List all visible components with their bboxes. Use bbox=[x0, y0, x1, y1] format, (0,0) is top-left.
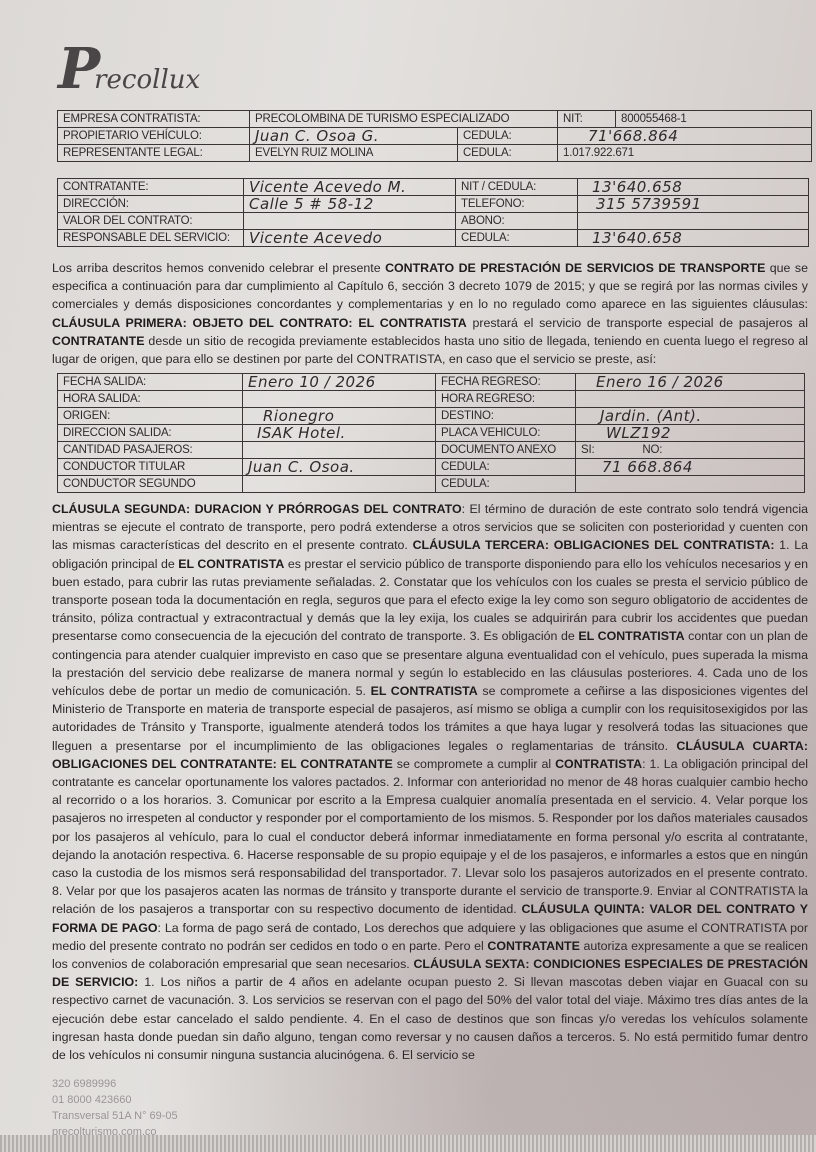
client-info-table: CONTRATANTE: Vicente Acevedo M. NIT / CE… bbox=[57, 178, 809, 247]
field-label: CEDULA: bbox=[458, 128, 558, 145]
field-value-handwritten: Vicente Acevedo M. bbox=[244, 179, 456, 196]
table-row: VALOR DEL CONTRATO: ABONO: bbox=[58, 213, 809, 230]
field-value-handwritten: ISAK Hotel. bbox=[243, 425, 436, 442]
table-row: DIRECCIÓN: Calle 5 # 58-12 TELEFONO: 315… bbox=[58, 196, 809, 213]
annex-checkbox-field: SI: NO: bbox=[576, 442, 805, 459]
field-value bbox=[243, 442, 436, 459]
field-value-handwritten: Juan C. Osoa G. bbox=[250, 128, 458, 145]
field-label: DIRECCIÓN: bbox=[58, 196, 244, 213]
table-row: RESPONSABLE DEL SERVICIO: Vicente Aceved… bbox=[58, 230, 809, 247]
company-info-table: EMPRESA CONTRATISTA: PRECOLOMBINA DE TUR… bbox=[57, 110, 812, 162]
field-label: CONTRATANTE: bbox=[58, 179, 244, 196]
field-value bbox=[578, 213, 809, 230]
field-label: HORA SALIDA: bbox=[58, 391, 243, 408]
field-label: CONDUCTOR TITULAR bbox=[58, 459, 243, 476]
field-value-handwritten: Vicente Acevedo bbox=[244, 230, 456, 247]
footer-address: Transversal 51A N° 69-05 bbox=[52, 1108, 178, 1124]
table-row: FECHA SALIDA: Enero 10 / 2026 FECHA REGR… bbox=[58, 374, 805, 391]
table-row: CANTIDAD PASAJEROS: DOCUMENTO ANEXO SI: … bbox=[58, 442, 805, 459]
field-label: CONDUCTOR SEGUNDO bbox=[58, 476, 243, 493]
field-label: FECHA REGRESO: bbox=[436, 374, 576, 391]
intro-paragraph: Los arriba descritos hemos convenido cel… bbox=[52, 259, 808, 368]
paper-edge bbox=[0, 1135, 816, 1152]
table-row: PROPIETARIO VEHÍCULO: Juan C. Osoa G. CE… bbox=[58, 128, 812, 145]
field-value bbox=[576, 476, 805, 493]
field-value bbox=[243, 391, 436, 408]
field-label: VALOR DEL CONTRATO: bbox=[58, 213, 244, 230]
field-label: RESPONSABLE DEL SERVICIO: bbox=[58, 230, 244, 247]
field-value: EVELYN RUIZ MOLINA bbox=[250, 145, 458, 162]
field-label: ABONO: bbox=[456, 213, 578, 230]
field-value-handwritten: 13'640.658 bbox=[578, 230, 809, 247]
field-value: 1.017.922.671 bbox=[558, 145, 812, 162]
field-label: CEDULA: bbox=[458, 145, 558, 162]
field-label: HORA REGRESO: bbox=[436, 391, 576, 408]
footer-phone-toll-free: 01 8000 423660 bbox=[52, 1092, 178, 1108]
field-label: REPRESENTANTE LEGAL: bbox=[58, 145, 250, 162]
table-row: DIRECCION SALIDA: ISAK Hotel. PLACA VEHI… bbox=[58, 425, 805, 442]
field-value bbox=[244, 213, 456, 230]
field-value bbox=[576, 391, 805, 408]
footer-phone: 320 6989996 bbox=[52, 1076, 178, 1092]
table-row: HORA SALIDA: HORA REGRESO: bbox=[58, 391, 805, 408]
field-label: EMPRESA CONTRATISTA: bbox=[58, 111, 250, 128]
field-value-handwritten: 71 668.864 bbox=[576, 459, 805, 476]
table-row: CONDUCTOR SEGUNDO CEDULA: bbox=[58, 476, 805, 493]
company-footer: 320 6989996 01 8000 423660 Transversal 5… bbox=[52, 1076, 178, 1140]
field-value-handwritten: WLZ192 bbox=[576, 425, 805, 442]
field-label: NIT / CEDULA: bbox=[456, 179, 578, 196]
company-logo: Precollux bbox=[58, 36, 200, 102]
trip-details-table: FECHA SALIDA: Enero 10 / 2026 FECHA REGR… bbox=[57, 373, 805, 493]
field-label: CEDULA: bbox=[436, 459, 576, 476]
field-label: ORIGEN: bbox=[58, 408, 243, 425]
table-row: REPRESENTANTE LEGAL: EVELYN RUIZ MOLINA … bbox=[58, 145, 812, 162]
field-label: NIT: bbox=[558, 111, 616, 128]
table-row: EMPRESA CONTRATISTA: PRECOLOMBINA DE TUR… bbox=[58, 111, 812, 128]
field-label: DOCUMENTO ANEXO bbox=[436, 442, 576, 459]
field-value: 800055468-1 bbox=[616, 111, 812, 128]
field-value-handwritten: Rionegro bbox=[243, 408, 436, 425]
field-label: PLACA VEHICULO: bbox=[436, 425, 576, 442]
field-value-handwritten: Juan C. Osoa. bbox=[243, 459, 436, 476]
field-label: DESTINO: bbox=[436, 408, 576, 425]
field-value-handwritten: Enero 10 / 2026 bbox=[243, 374, 436, 391]
field-label: PROPIETARIO VEHÍCULO: bbox=[58, 128, 250, 145]
field-label: TELEFONO: bbox=[456, 196, 578, 213]
field-value-handwritten: 13'640.658 bbox=[578, 179, 809, 196]
field-label: CANTIDAD PASAJEROS: bbox=[58, 442, 243, 459]
field-value-handwritten: Jardin. (Ant). bbox=[576, 408, 805, 425]
field-value-handwritten: Enero 16 / 2026 bbox=[576, 374, 805, 391]
field-value bbox=[243, 476, 436, 493]
field-label: FECHA SALIDA: bbox=[58, 374, 243, 391]
field-value-handwritten: Calle 5 # 58-12 bbox=[244, 196, 456, 213]
field-value-handwritten: 71'668.864 bbox=[558, 128, 812, 145]
table-row: CONTRATANTE: Vicente Acevedo M. NIT / CE… bbox=[58, 179, 809, 196]
field-label: CEDULA: bbox=[456, 230, 578, 247]
field-label: DIRECCION SALIDA: bbox=[58, 425, 243, 442]
field-value: PRECOLOMBINA DE TURISMO ESPECIALIZADO bbox=[250, 111, 558, 128]
field-label: CEDULA: bbox=[436, 476, 576, 493]
field-value-handwritten: 315 5739591 bbox=[578, 196, 809, 213]
table-row: CONDUCTOR TITULAR Juan C. Osoa. CEDULA: … bbox=[58, 459, 805, 476]
table-row: ORIGEN: Rionegro DESTINO: Jardin. (Ant). bbox=[58, 408, 805, 425]
clauses-body: CLÁUSULA SEGUNDA: DURACION Y PRÓRROGAS D… bbox=[52, 500, 808, 1064]
